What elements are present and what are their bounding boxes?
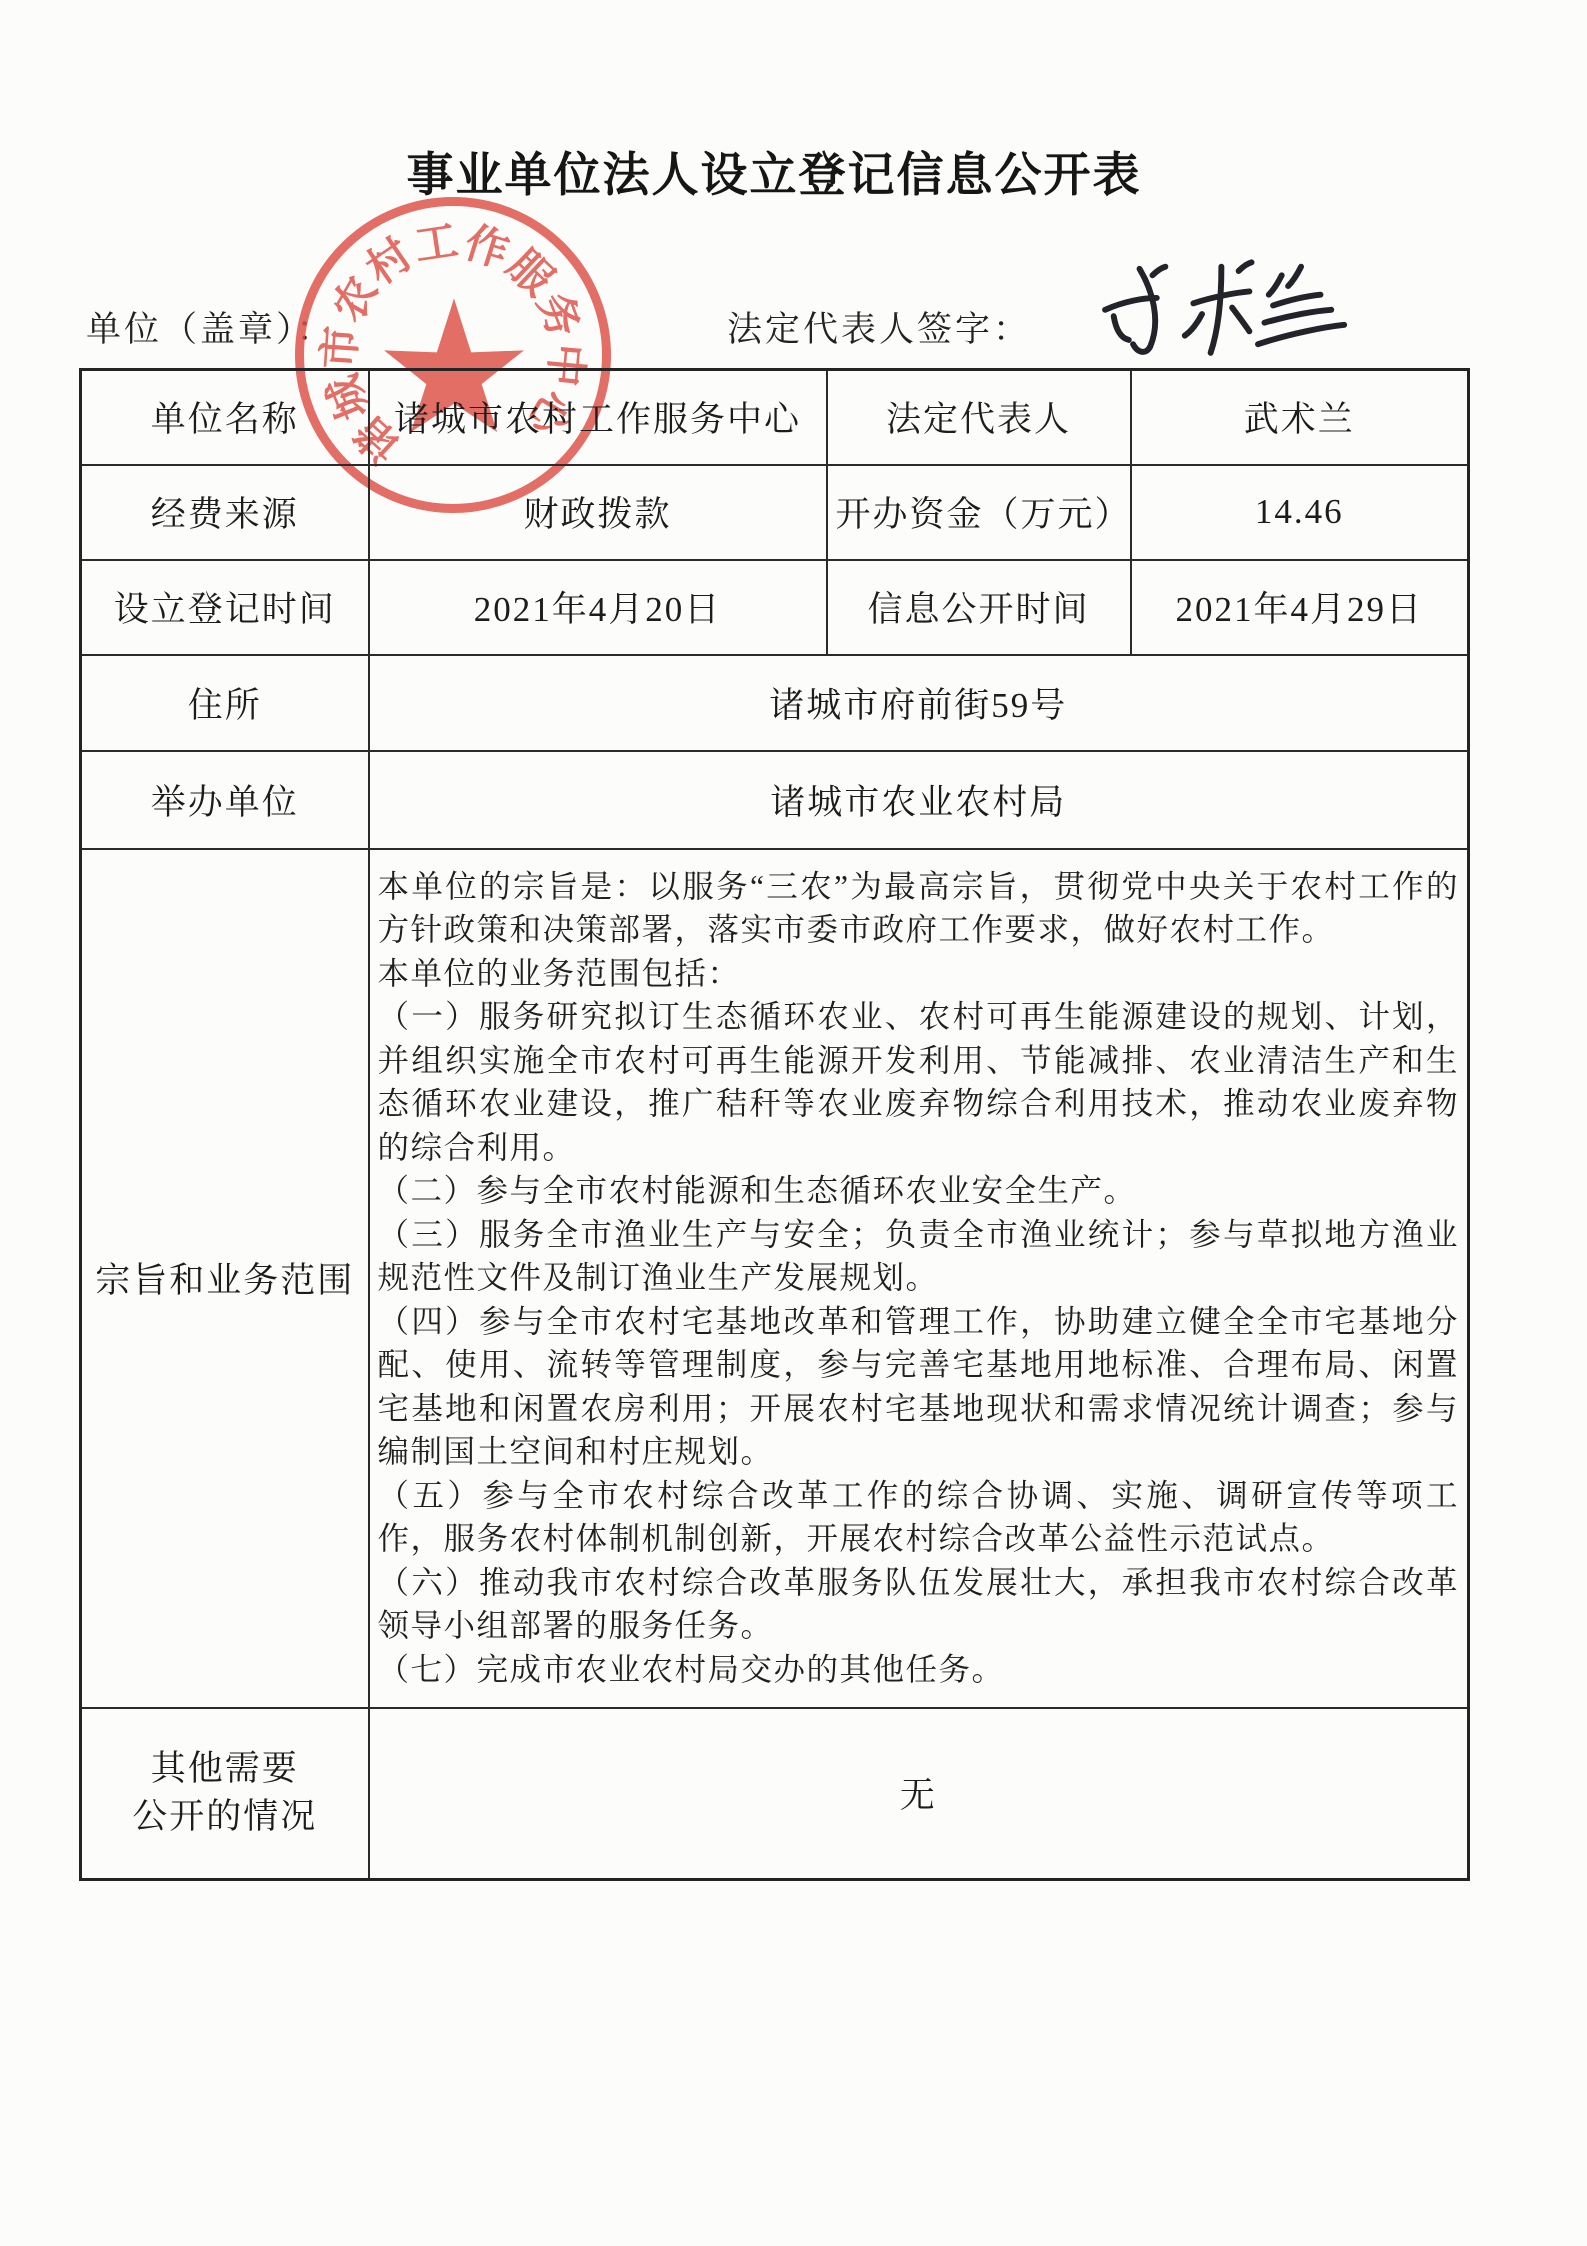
funding-source-value: 财政拨款 <box>369 465 827 560</box>
purpose-line: （三）服务全市渔业生产与安全；负责全市渔业统计；参与草拟地方渔业规范性文件及制订… <box>378 1213 1460 1300</box>
registration-date-label: 设立登记时间 <box>81 560 369 655</box>
table-row: 其他需要 公开的情况 无 <box>81 1708 1469 1880</box>
registration-date-value: 2021年4月20日 <box>369 560 827 655</box>
purpose-line: （六）推动我市农村综合改革服务队伍发展壮大，承担我市农村综合改革领导小组部署的服… <box>378 1561 1460 1648</box>
purpose-line: 本单位的业务范围包括： <box>378 952 1460 996</box>
purpose-line: （五）参与全市农村综合改革工作的综合协调、实施、调研宣传等项工作，服务农村体制机… <box>378 1474 1460 1561</box>
legal-representative-signature-label: 法定代表人签字： <box>727 302 1031 352</box>
purpose-line: 本单位的宗旨是：以服务“三农”为最高宗旨，贯彻党中央关于农村工作的方针政策和决策… <box>378 865 1460 952</box>
opening-capital-label: 开办资金（万元） <box>827 465 1131 560</box>
purpose-line: （七）完成市农业农村局交办的其他任务。 <box>378 1648 1460 1692</box>
table-row: 设立登记时间 2021年4月20日 信息公开时间 2021年4月29日 <box>81 560 1469 655</box>
purpose-line: （四）参与全市农村宅基地改革和管理工作，协助建立健全全市宅基地分配、使用、流转等… <box>378 1300 1460 1474</box>
other-disclosure-label-line1: 其他需要 <box>90 1745 360 1793</box>
other-disclosure-label: 其他需要 公开的情况 <box>81 1708 369 1880</box>
stamp-character: 务 <box>525 283 597 345</box>
disclosure-date-label: 信息公开时间 <box>827 560 1131 655</box>
registration-form-table: 单位名称 诸城市农村工作服务中心 法定代表人 武术兰 经费来源 财政拨款 开办资… <box>79 368 1470 1881</box>
table-row: 住所 诸城市府前街59号 <box>81 655 1469 751</box>
purpose-line: （二）参与全市农村能源和生态循环农业安全生产。 <box>378 1169 1460 1213</box>
opening-capital-value: 14.46 <box>1131 465 1469 560</box>
legal-representative-value: 武术兰 <box>1131 370 1469 465</box>
page-title: 事业单位法人设立登记信息公开表 <box>80 138 1468 205</box>
purpose-scope-value: 本单位的宗旨是：以服务“三农”为最高宗旨，贯彻党中央关于农村工作的方针政策和决策… <box>369 849 1469 1708</box>
stamp-character: 作 <box>458 209 517 280</box>
sponsor-unit-value: 诸城市农业农村局 <box>369 751 1469 849</box>
purpose-text: 本单位的宗旨是：以服务“三农”为最高宗旨，贯彻党中央关于农村工作的方针政策和决策… <box>378 865 1460 1692</box>
table-row: 单位名称 诸城市农村工作服务中心 法定代表人 武术兰 <box>81 370 1469 465</box>
purpose-line: （一）服务研究拟订生态循环农业、农村可再生能源建设的规划、计划，并组织实施全市农… <box>378 995 1460 1169</box>
signature-strokes-icon <box>1090 248 1370 378</box>
unit-name-value: 诸城市农村工作服务中心 <box>369 370 827 465</box>
unit-name-label: 单位名称 <box>81 370 369 465</box>
purpose-scope-label: 宗旨和业务范围 <box>81 849 369 1708</box>
address-value: 诸城市府前街59号 <box>369 655 1469 751</box>
handwritten-signature <box>1090 248 1370 378</box>
sponsor-unit-label: 举办单位 <box>81 751 369 849</box>
other-disclosure-label-line2: 公开的情况 <box>90 1793 360 1841</box>
table-row: 宗旨和业务范围 本单位的宗旨是：以服务“三农”为最高宗旨，贯彻党中央关于农村工作… <box>81 849 1469 1708</box>
unit-seal-label: 单位（盖章）： <box>86 302 335 352</box>
other-disclosure-value: 无 <box>369 1708 1469 1880</box>
table-row: 经费来源 财政拨款 开办资金（万元） 14.46 <box>81 465 1469 560</box>
stamp-character: 工 <box>410 207 462 274</box>
table-row: 举办单位 诸城市农业农村局 <box>81 751 1469 849</box>
stamp-character: 服 <box>496 234 569 308</box>
stamp-character: 村 <box>352 222 422 297</box>
funding-source-label: 经费来源 <box>81 465 369 560</box>
address-label: 住所 <box>81 655 369 751</box>
disclosure-date-value: 2021年4月29日 <box>1131 560 1469 655</box>
legal-representative-label: 法定代表人 <box>827 370 1131 465</box>
